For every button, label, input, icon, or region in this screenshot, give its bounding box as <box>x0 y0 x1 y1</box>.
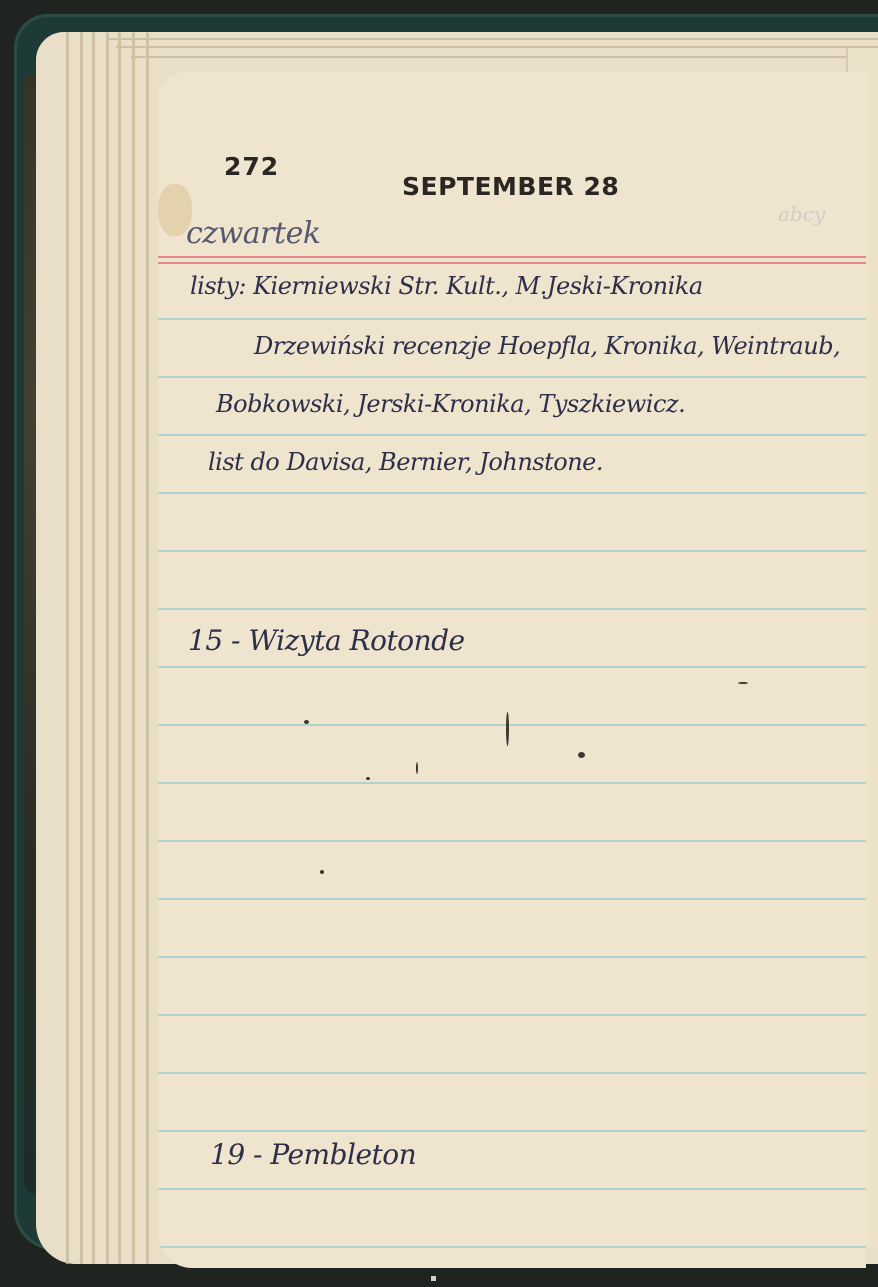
ruled-line <box>158 1188 866 1190</box>
diary-entry-line: Drzewiński recenzje Hoepfla, Kronika, We… <box>254 332 840 360</box>
ruled-line <box>158 1072 866 1074</box>
ruled-line <box>158 840 866 842</box>
ruled-line <box>158 1130 866 1132</box>
date-header: SEPTEMBER 28 <box>402 172 619 201</box>
ruled-line <box>158 492 866 494</box>
ink-speck <box>416 762 418 774</box>
ruled-line <box>158 1246 866 1248</box>
scan-artifact <box>431 1276 436 1281</box>
ruled-line <box>158 782 866 784</box>
page-number: 272 <box>224 152 279 181</box>
diary-entry-line: listy: Kierniewski Str. Kult., M.Jeski-K… <box>190 272 703 300</box>
bleed-through-ink: abcy <box>778 202 825 226</box>
ruled-line <box>158 1014 866 1016</box>
ruled-line <box>158 898 866 900</box>
stack-edge <box>118 32 121 1264</box>
stack-edge <box>66 32 69 1264</box>
stack-edge <box>92 32 95 1264</box>
ink-speck <box>578 752 585 758</box>
diary-entry-line: Bobkowski, Jerski-Kronika, Tyszkiewicz. <box>216 390 685 418</box>
stack-edge <box>106 32 109 1264</box>
stack-edge <box>106 38 878 40</box>
ink-speck <box>304 720 309 724</box>
stack-edge <box>132 32 135 1264</box>
diary-entry-line: 19 - Pembleton <box>210 1138 416 1171</box>
stack-edge <box>146 32 149 1264</box>
ruled-line <box>158 724 866 726</box>
stack-edge <box>131 56 878 58</box>
ink-speck <box>506 712 509 746</box>
ruled-line <box>158 666 866 668</box>
diary-entry-line: 15 - Wizyta Rotonde <box>188 624 465 657</box>
ruled-line <box>158 376 866 378</box>
stack-edge <box>116 46 878 48</box>
weekday-note: czwartek <box>186 216 321 251</box>
red-margin-rule <box>158 262 866 264</box>
ink-speck <box>738 682 748 684</box>
diary-page: 272 SEPTEMBER 28 abcy czwartek listy: Ki… <box>158 72 866 1268</box>
ruled-line <box>158 434 866 436</box>
ruled-line <box>158 318 866 320</box>
ruled-line <box>158 608 866 610</box>
ink-speck <box>320 870 324 874</box>
ruled-line <box>158 550 866 552</box>
ruled-line <box>158 956 866 958</box>
ink-speck <box>366 777 370 780</box>
red-margin-rule <box>158 256 866 258</box>
stack-edge <box>80 32 83 1264</box>
diary-entry-line: list do Davisa, Bernier, Johnstone. <box>208 448 603 476</box>
